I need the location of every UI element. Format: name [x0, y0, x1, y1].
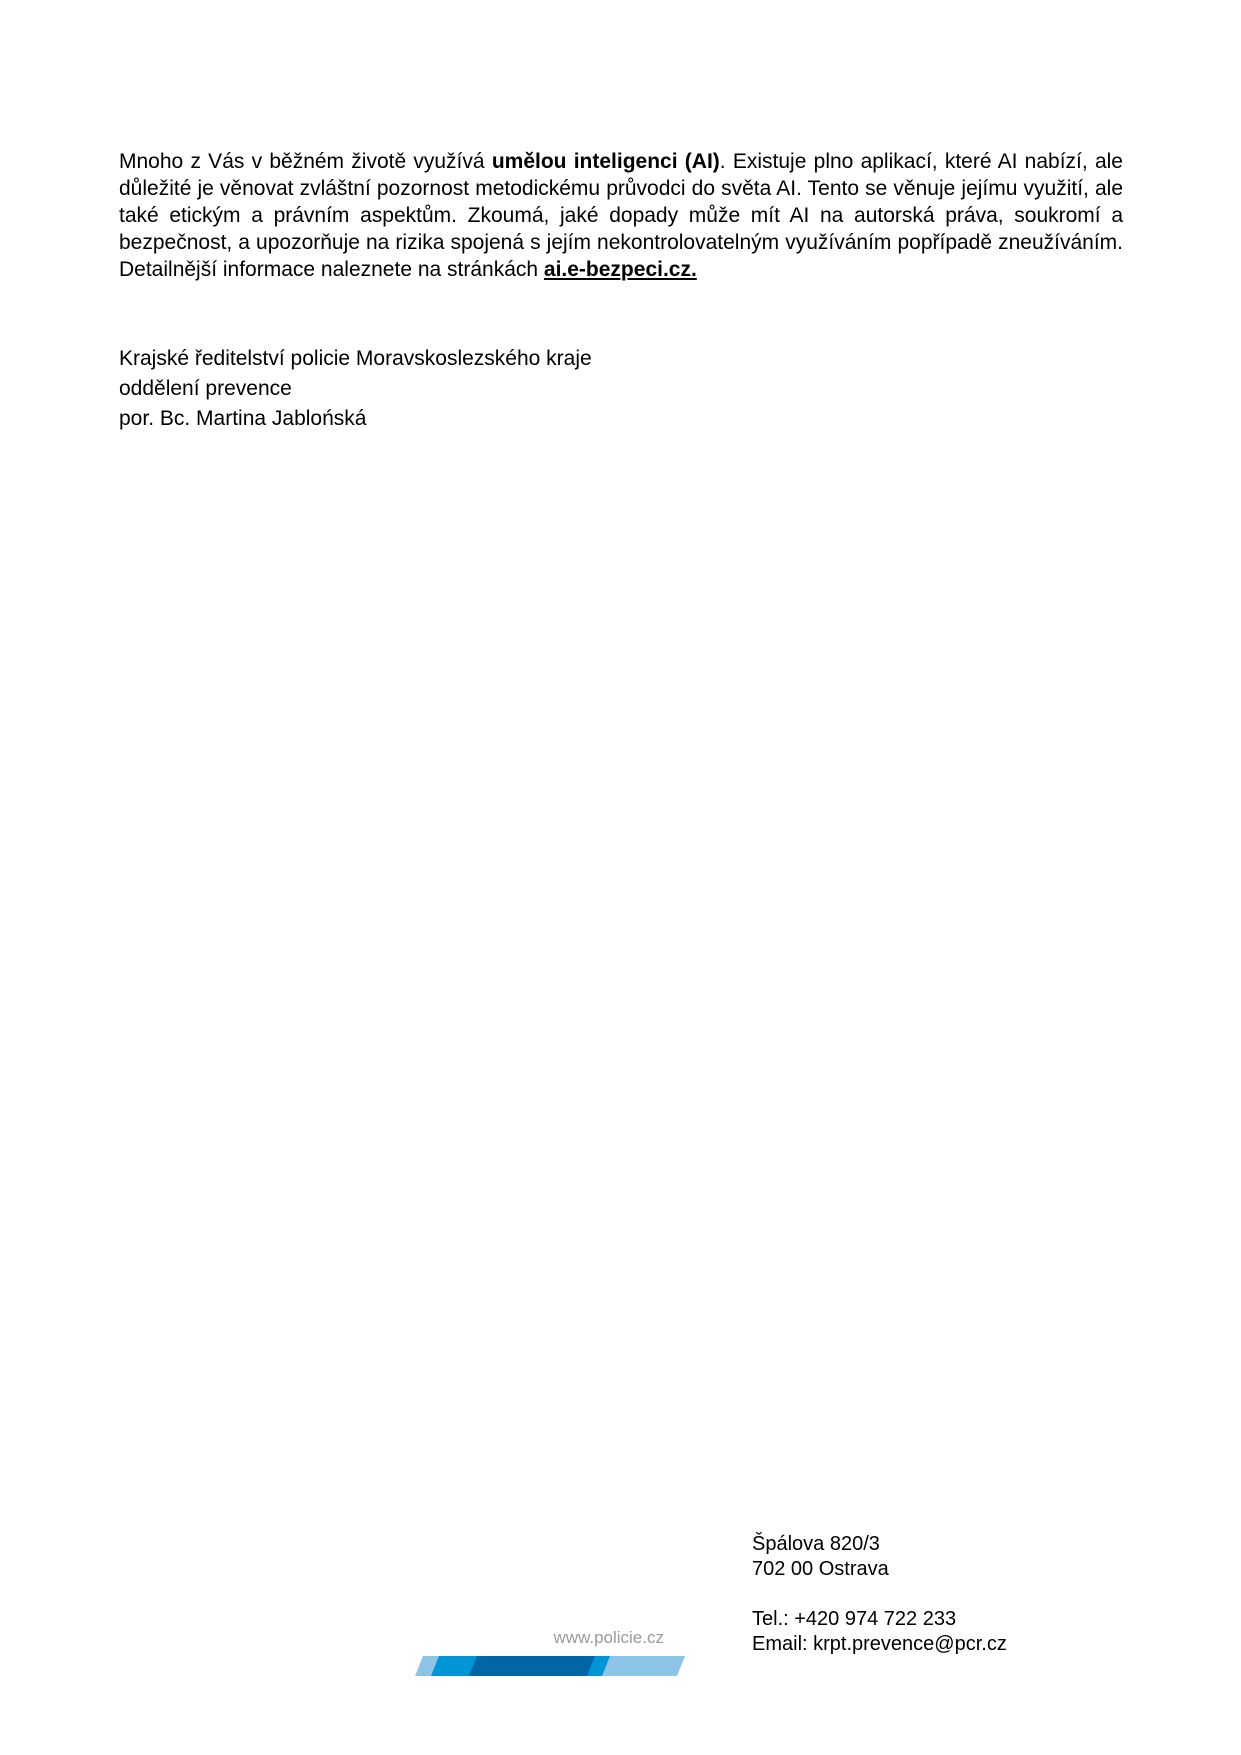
- police-brand-stripe-logo: [415, 1656, 685, 1676]
- signature-block: Krajské ředitelství policie Moravskoslez…: [119, 344, 592, 434]
- footer-contact-block: Špálova 820/3 702 00 Ostrava Tel.: +420 …: [752, 1532, 1007, 1657]
- contact-phone: Tel.: +420 974 722 233: [752, 1607, 1007, 1632]
- signature-department: oddělení prevence: [119, 374, 592, 404]
- signature-organization: Krajské ředitelství policie Moravskoslez…: [119, 344, 592, 374]
- body-paragraph: Mnoho z Vás v běžném životě využívá uměl…: [119, 148, 1123, 283]
- contact-email[interactable]: Email: krpt.prevence@pcr.cz: [752, 1632, 1007, 1657]
- footer-website[interactable]: www.policie.cz: [480, 1628, 664, 1648]
- ai-e-bezpeci-link[interactable]: ai.e-bezpeci.cz.: [544, 258, 697, 281]
- paragraph-bold-ai: umělou inteligenci (AI): [492, 150, 720, 173]
- address-city: 702 00 Ostrava: [752, 1557, 1007, 1582]
- address-street: Špálova 820/3: [752, 1532, 1007, 1557]
- spacer: [752, 1582, 1007, 1607]
- paragraph-text-1: Mnoho z Vás v běžném životě využívá: [119, 150, 492, 173]
- signature-name: por. Bc. Martina Jablońská: [119, 404, 592, 434]
